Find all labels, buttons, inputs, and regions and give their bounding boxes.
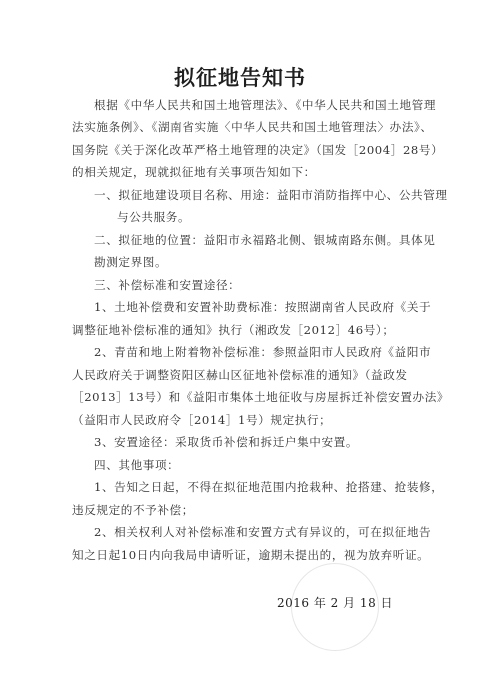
paragraph-line: 法实施条例》、《湖南省实施〈中华人民共和国土地管理法〉办法》、: [72, 119, 408, 135]
section-heading-2: 二、拟征地的位置：益阳市永福路北侧、银城南路东侧。具体见: [94, 232, 408, 248]
paragraph-line: 的相关规定，现就拟征地有关事项告知如下：: [72, 164, 408, 180]
paragraph-line: 根据《中华人民共和国土地管理法》、《中华人民共和国土地管理: [94, 97, 408, 113]
document-date: 2016 年 2 月 18 日: [277, 594, 393, 611]
paragraph-line: 违反规定的不予补偿；: [72, 502, 408, 518]
paragraph-line: 勘测定界图。: [94, 254, 408, 270]
paragraph-line: 国务院《关于深化改革严格土地管理的决定》（国发［2004］28号）: [72, 142, 408, 158]
paragraph-line: 1、土地补偿费和安置补助费标准：按照湖南省人民政府《关于: [94, 299, 408, 315]
paragraph-line: 调整征地补偿标准的通知》执行（湘政发［2012］46号）；: [72, 322, 408, 338]
paragraph-line: （益阳市人民政府令［2014］1号）规定执行；: [72, 412, 408, 428]
paragraph-line: ［2013］13号）和《益阳市集体土地征收与房屋拆迁补偿安置办法》: [72, 389, 408, 405]
paragraph-line: 3、安置途径：采取货币补偿和拆迁户集中安置。: [94, 434, 408, 450]
section-heading-4: 四、其他事项：: [94, 457, 408, 473]
paragraph-line: 2、相关权利人对补偿标准和安置方式有异议的，可在拟征地告: [94, 524, 408, 540]
paragraph-line: 人民政府关于调整资阳区赫山区征地补偿标准的通知》（益政发: [72, 367, 408, 383]
paragraph-line: 与公共服务。: [117, 209, 453, 225]
paragraph-line: 1、告知之日起，不得在拟征地范围内抢栽种、抢搭建、抢装修，: [94, 479, 408, 495]
section-heading-3: 三、补偿标准和安置途径：: [94, 277, 408, 293]
paragraph-line: 2、青苗和地上附着物补偿标准：参照益阳市人民政府《益阳市: [94, 344, 408, 360]
section-heading-1: 一、拟征地建设项目名称、用途：益阳市消防指挥中心、公共管理: [94, 187, 408, 203]
document-title: 拟征地告知书: [0, 62, 480, 92]
paragraph-line: 知之日起10日内向我局申请听证，逾期未提出的，视为放弃听证。: [72, 547, 408, 563]
